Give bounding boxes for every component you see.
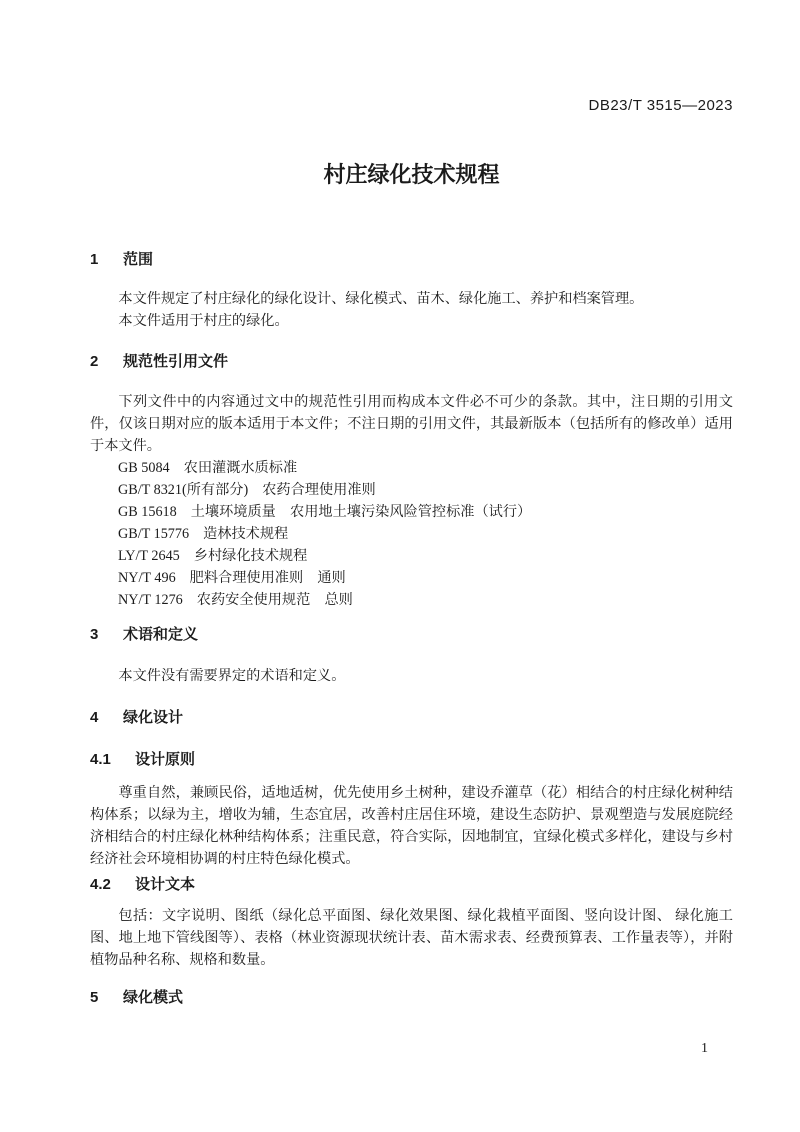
reference-title: 土壤环境质量 农用地土壤污染风险管控标准（试行） bbox=[191, 504, 532, 520]
section-4-1-paragraph: 尊重自然，兼顾民俗，适地适树，优先使用乡土树种，建设乔灌草（花）相结合的村庄绿化… bbox=[90, 782, 733, 870]
section-2-paragraph: 下列文件中的内容通过文中的规范性引用而构成本文件必不可少的条款。其中，注日期的引… bbox=[90, 391, 733, 457]
reference-title: 乡村绿化技术规程 bbox=[194, 548, 308, 564]
reference-code: GB/T 15776 bbox=[118, 526, 189, 542]
section-5-title: 绿化模式 bbox=[123, 988, 183, 1008]
section-4-2-heading: 4.2 设计文本 bbox=[90, 875, 733, 895]
reference-title: 农药安全使用规范 总则 bbox=[197, 592, 353, 608]
reference-item: NY/T 1276农药安全使用规范 总则 bbox=[90, 589, 733, 611]
reference-item: GB 15618土壤环境质量 农用地土壤污染风险管控标准（试行） bbox=[90, 501, 733, 523]
section-2-heading: 2 规范性引用文件 bbox=[90, 352, 733, 372]
section-2-number: 2 bbox=[90, 352, 123, 372]
reference-item: NY/T 496肥料合理使用准则 通则 bbox=[90, 567, 733, 589]
reference-item: GB/T 8321(所有部分)农药合理使用准则 bbox=[90, 479, 733, 501]
section-4-number: 4 bbox=[90, 708, 123, 728]
reference-list: GB 5084农田灌溉水质标准 GB/T 8321(所有部分)农药合理使用准则 … bbox=[90, 457, 733, 611]
section-4-heading: 4 绿化设计 bbox=[90, 708, 733, 728]
reference-item: GB/T 15776造林技术规程 bbox=[90, 523, 733, 545]
section-3-heading: 3 术语和定义 bbox=[90, 625, 733, 645]
section-4-1-number: 4.1 bbox=[90, 750, 135, 770]
section-4-2-number: 4.2 bbox=[90, 875, 135, 895]
section-5-number: 5 bbox=[90, 988, 123, 1008]
section-2-title: 规范性引用文件 bbox=[123, 352, 228, 372]
document-title: 村庄绿化技术规程 bbox=[90, 160, 733, 190]
section-4-2-title: 设计文本 bbox=[135, 875, 195, 895]
reference-item: LY/T 2645乡村绿化技术规程 bbox=[90, 545, 733, 567]
reference-code: GB 15618 bbox=[118, 504, 177, 520]
reference-title: 造林技术规程 bbox=[203, 526, 288, 542]
reference-item: GB 5084农田灌溉水质标准 bbox=[90, 457, 733, 479]
section-3-number: 3 bbox=[90, 625, 123, 645]
section-1-paragraph: 本文件适用于村庄的绿化。 bbox=[90, 310, 733, 332]
section-4-2-paragraph: 包括：文字说明、图纸（绿化总平面图、绿化效果图、绿化栽植平面图、竖向设计图、 绿… bbox=[90, 905, 733, 971]
section-1-number: 1 bbox=[90, 250, 123, 270]
section-3-title: 术语和定义 bbox=[123, 625, 198, 645]
reference-code: NY/T 496 bbox=[118, 570, 176, 586]
reference-code: NY/T 1276 bbox=[118, 592, 183, 608]
reference-title: 肥料合理使用准则 通则 bbox=[190, 570, 346, 586]
standard-code: DB23/T 3515—2023 bbox=[90, 96, 733, 116]
reference-code: GB/T 8321(所有部分) bbox=[118, 482, 248, 498]
document-page: DB23/T 3515—2023 村庄绿化技术规程 1 范围 本文件规定了村庄绿… bbox=[0, 0, 800, 1132]
reference-code: LY/T 2645 bbox=[118, 548, 180, 564]
section-1-paragraph: 本文件规定了村庄绿化的绿化设计、绿化模式、苗木、绿化施工、养护和档案管理。 bbox=[90, 288, 733, 310]
section-1-heading: 1 范围 bbox=[90, 250, 733, 270]
reference-code: GB 5084 bbox=[118, 460, 170, 476]
section-4-1-title: 设计原则 bbox=[135, 750, 195, 770]
reference-title: 农药合理使用准则 bbox=[262, 482, 376, 498]
reference-title: 农田灌溉水质标准 bbox=[184, 460, 298, 476]
section-4-1-heading: 4.1 设计原则 bbox=[90, 750, 733, 770]
page-number: 1 bbox=[701, 1039, 708, 1059]
section-1-title: 范围 bbox=[123, 250, 153, 270]
section-5-heading: 5 绿化模式 bbox=[90, 988, 733, 1008]
section-4-title: 绿化设计 bbox=[123, 708, 183, 728]
section-3-paragraph: 本文件没有需要界定的术语和定义。 bbox=[90, 665, 733, 687]
